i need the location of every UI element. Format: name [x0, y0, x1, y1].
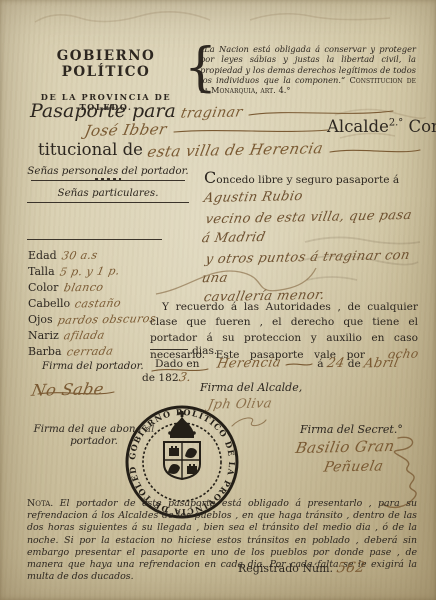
issue-day-handwritten: 24 [325, 355, 346, 374]
field-value-color: blanco [62, 281, 104, 295]
alcalde-number: 2.° [389, 118, 403, 129]
field-value-edad: 30 a.s [60, 249, 98, 263]
issue-place-handwritten: Herencia [215, 354, 283, 374]
registered-number-label: Registrado Núm. [238, 562, 333, 575]
year-printed: de 182 [142, 372, 179, 384]
passport-title: Pasaporte para [30, 100, 176, 122]
decorative-rule [31, 180, 185, 181]
fields-top-rule [27, 239, 162, 240]
a-word: á [317, 358, 323, 370]
flourish [172, 125, 332, 137]
grant-initial: C [204, 168, 216, 187]
field-value-ojos: pardos obscuros [56, 312, 157, 327]
portador-signature-label: Firma del portador. [42, 360, 144, 372]
flourish [36, 388, 116, 398]
rubric-flourish [150, 258, 320, 303]
alcalde-word: Alcalde [327, 117, 389, 136]
nota-label: Nota. [27, 498, 53, 509]
decorative-rule [27, 202, 189, 203]
issuing-office-name: GOBIERNO POLÍTICO [30, 48, 182, 80]
grant-details-handwritten-1: vecino de esta villa, que pasa á Madrid [200, 207, 422, 249]
field-value-talla: 5 p. y 1 p. [58, 264, 120, 278]
senas-particulares-label: Señas particulares. [27, 187, 189, 199]
place-handwritten: esta villa de Herencia [146, 139, 325, 161]
flourish [328, 145, 423, 157]
grant-printed-text: oncedo libre y seguro pasaporte á [216, 174, 399, 186]
bleedthrough-ink [30, 2, 410, 32]
passport-document: GOBIERNO POLÍTICO DE LA PROVINCIA DE TOL… [0, 0, 436, 600]
registered-number-handwritten: 562 [335, 560, 366, 577]
field-label-barba: Barba [28, 345, 62, 358]
alcalde-cons: Cons- [408, 117, 436, 136]
field-value-barba: cerrada [65, 345, 114, 359]
field-value-cabello: castaño [74, 297, 123, 311]
field-value-nariz: afilada [63, 329, 106, 343]
de-word: de [348, 358, 361, 370]
alcalde-line2: titucional de [38, 140, 143, 159]
issue-month-handwritten: Abril [362, 355, 400, 375]
senas-personales-label: Señas personales del portador. [27, 165, 189, 177]
bearer-name-handwritten: Agustin Rubio [202, 188, 304, 209]
printed-dash [150, 349, 188, 350]
issue-year-handwritten: 3. [177, 369, 193, 387]
holder-name-handwritten: José Ibber [83, 120, 168, 140]
flourish [284, 359, 314, 369]
